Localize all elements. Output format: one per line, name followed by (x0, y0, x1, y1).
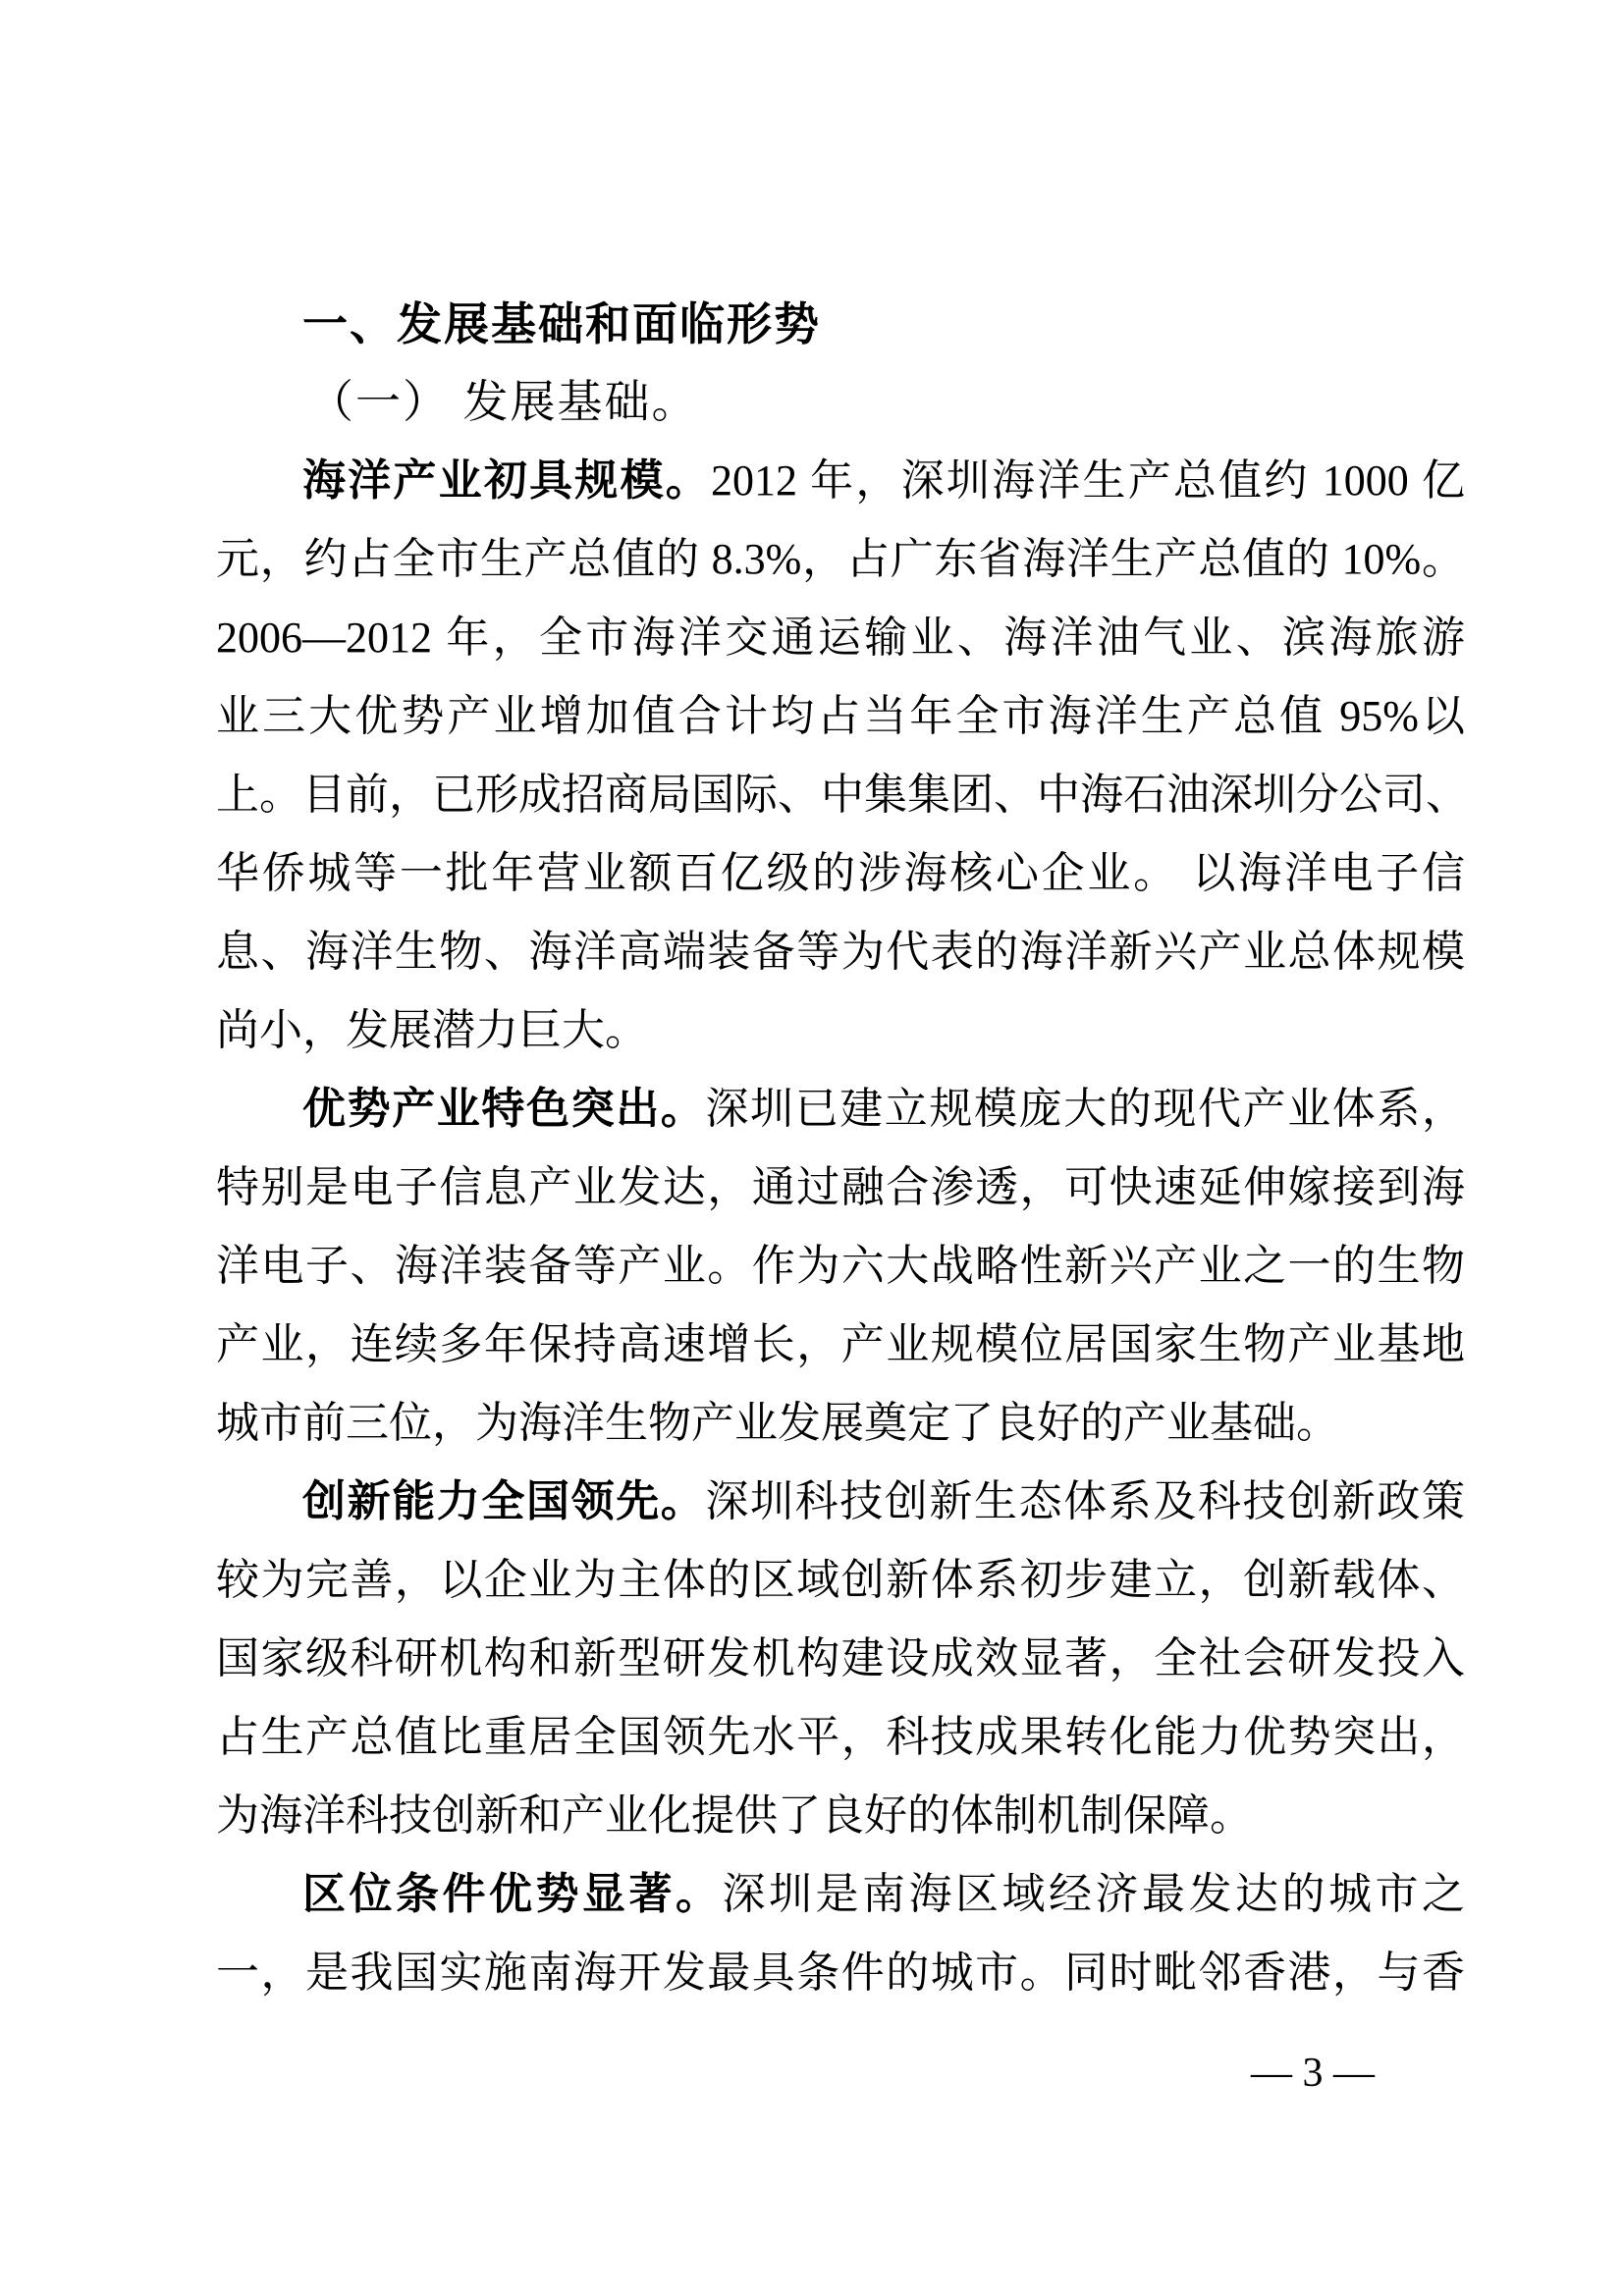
body-line: 上。目前，已形成招商局国际、中集集团、中海石油深圳分公司、 (216, 756, 1465, 834)
body-line: 特别是电子信息产业发达，通过融合渗透，可快速延伸嫁接到海 (216, 1148, 1465, 1227)
body-line: 华侨城等一批年营业额百亿级的涉海核心企业。 以海洋电子信 (216, 834, 1465, 913)
page-body: 一、发展基础和面临形势 （一） 发展基础。 海洋产业初具规模。2012 年，深圳… (216, 285, 1465, 2012)
body-text: 2012 年，深圳海洋生产总值约 1000 亿 (711, 456, 1465, 505)
body-line: 尚小，发展潜力巨大。 (216, 991, 1465, 1070)
paragraph: 创新能力全国领先。深圳科技创新生态体系及科技创新政策 较为完善，以企业为主体的区… (216, 1463, 1465, 1855)
paragraph-lead: 区位条件优势显著。 (302, 1870, 723, 1918)
body-line: 业三大优势产业增加值合计均占当年全市海洋生产总值 95%以 (216, 677, 1465, 756)
subsection-heading: （一） 发展基础。 (216, 363, 1465, 442)
body-line: 海洋产业初具规模。2012 年，深圳海洋生产总值约 1000 亿 (216, 442, 1465, 520)
body-line: 城市前三位，为海洋生物产业发展奠定了良好的产业基础。 (216, 1384, 1465, 1463)
body-line: 息、海洋生物、海洋高端装备等为代表的海洋新兴产业总体规模 (216, 913, 1465, 991)
body-line: 占生产总值比重居全国领先水平，科技成果转化能力优势突出， (216, 1698, 1465, 1777)
paragraph-lead: 优势产业特色突出。 (302, 1085, 705, 1133)
document-page: 一、发展基础和面临形势 （一） 发展基础。 海洋产业初具规模。2012 年，深圳… (0, 0, 1623, 2296)
section-heading: 一、发展基础和面临形势 (216, 285, 1465, 363)
body-line: 洋电子、海洋装备等产业。作为六大战略性新兴产业之一的生物 (216, 1227, 1465, 1306)
paragraph-lead: 创新能力全国领先。 (302, 1477, 705, 1525)
body-line: 元，约占全市生产总值的 8.3%，占广东省海洋生产总值的 10%。 (216, 520, 1465, 599)
body-line: 为海洋科技创新和产业化提供了良好的体制机制保障。 (216, 1777, 1465, 1855)
body-text: 深圳已建立规模庞大的现代产业体系， (705, 1085, 1465, 1133)
body-text: 深圳科技创新生态体系及科技创新政策 (705, 1477, 1465, 1525)
paragraph-lead: 海洋产业初具规模。 (302, 456, 711, 505)
paragraph: 优势产业特色突出。深圳已建立规模庞大的现代产业体系， 特别是电子信息产业发达，通… (216, 1070, 1465, 1463)
body-line: 国家级科研机构和新型研发机构建设成效显著，全社会研发投入 (216, 1620, 1465, 1698)
paragraph: 区位条件优势显著。深圳是南海区域经济最发达的城市之 一，是我国实施南海开发最具条… (216, 1855, 1465, 2012)
body-line: 产业，连续多年保持高速增长，产业规模位居国家生物产业基地 (216, 1306, 1465, 1384)
body-line: 创新能力全国领先。深圳科技创新生态体系及科技创新政策 (216, 1463, 1465, 1541)
body-line: 优势产业特色突出。深圳已建立规模庞大的现代产业体系， (216, 1070, 1465, 1148)
paragraph: 海洋产业初具规模。2012 年，深圳海洋生产总值约 1000 亿 元，约占全市生… (216, 442, 1465, 1070)
body-line: 2006—2012 年，全市海洋交通运输业、海洋油气业、滨海旅游 (216, 599, 1465, 677)
body-text: 深圳是南海区域经济最发达的城市之 (723, 1870, 1466, 1918)
body-line: 较为完善，以企业为主体的区域创新体系初步建立，创新载体、 (216, 1541, 1465, 1620)
body-line: 一，是我国实施南海开发最具条件的城市。同时毗邻香港，与香 (216, 1934, 1465, 2012)
body-line: 区位条件优势显著。深圳是南海区域经济最发达的城市之 (216, 1855, 1465, 1934)
page-number: — 3 — (1229, 2044, 1396, 2103)
